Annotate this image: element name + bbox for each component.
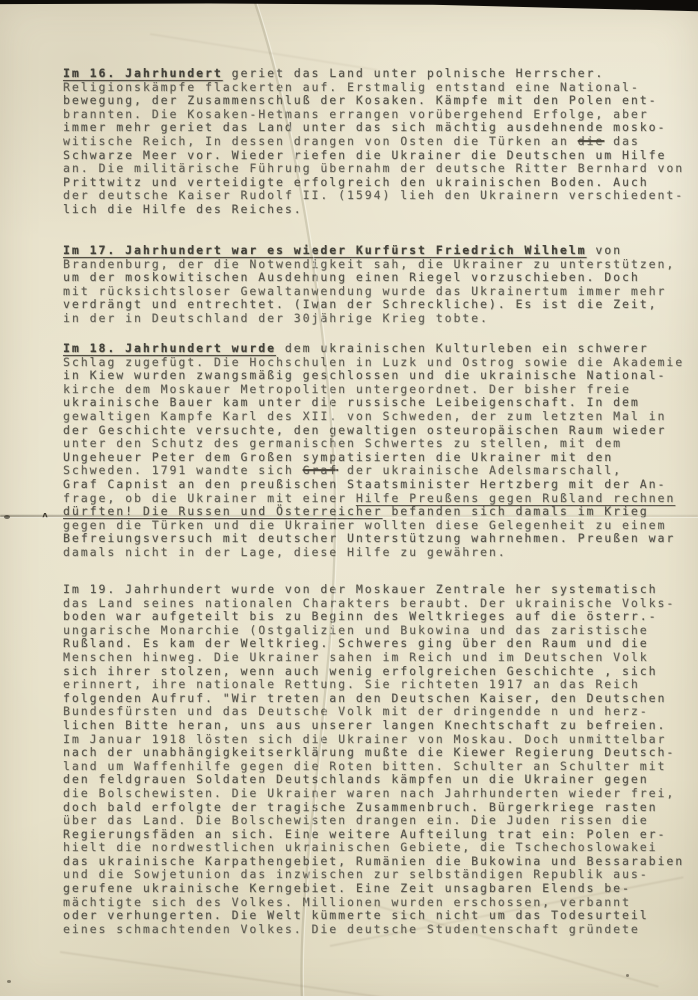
text-line: immer mehr geriet das Land unter das sic… <box>63 121 684 135</box>
text-line: oder verhungerten. Die Welt kümmerte sic… <box>63 909 684 923</box>
text-line: der deutsche Kaiser Rudolf II. (1594) li… <box>63 189 684 203</box>
text-line: bewegung, der Zusammenschluß der Kosaken… <box>63 94 684 108</box>
text-line: lich die Hilfe des Reiches. <box>63 203 684 217</box>
text-line: in der in Deutschland der 30jährige Krie… <box>63 312 675 326</box>
text-line: kirche dem Moskauer Metropoliten unterge… <box>63 383 684 397</box>
insertion-caret-mark: ʌ <box>42 511 48 520</box>
text-line: mächtigte sich des Volkes. Millionen wur… <box>63 896 684 910</box>
typewritten-text: Im 16. Jahrhundert geriet das Land unter… <box>0 3 698 997</box>
text-line: erinnert, ihre nationale Rettung. Sie ri… <box>63 678 684 692</box>
text-line: Graf Capnist an den preußischen Staatsmi… <box>63 478 684 492</box>
text-line: unter den Schutz des germanischen Schwer… <box>63 437 684 451</box>
scanned-document-photo: Im 16. Jahrhundert geriet das Land unter… <box>0 0 698 1000</box>
text-line: Brandenburg, der die Notwendigkeit sah, … <box>63 258 675 272</box>
text-line: Im Januar 1918 lösten sich die Ukrainer … <box>63 733 684 747</box>
text-line: Im 19. Jahrhundert wurde von der Moskaue… <box>63 583 684 597</box>
text-line: gegen die Türken und die Ukrainer wollte… <box>63 519 684 533</box>
text-line: Rußland. Es kam der Weltkrieg. Schweres … <box>63 637 684 651</box>
paragraph-im-17-jahrhundert: Im 17. Jahrhundert war es wieder Kurfürs… <box>63 244 675 326</box>
text-line: den feldgrauen Soldaten Deutschlands käm… <box>63 773 684 787</box>
photo-bottom-edge <box>0 996 698 1000</box>
text-line: Religionskämpfe flackerten auf. Erstmali… <box>63 81 684 95</box>
text-line: Schlag zugefügt. Die Hochschulen in Luzk… <box>63 356 684 370</box>
text-line: über das Land. Die Bolschewisten drangen… <box>63 814 684 828</box>
text-line: gerufene ukrainische Kerngebiet. Eine Ze… <box>63 882 684 896</box>
text-line: land um Waffenhilfe gegen die Roten bitt… <box>63 760 684 774</box>
text-line: Menschen hinweg. Die Ukrainer sahen im R… <box>63 651 684 665</box>
text-line: ukrainische Bauer kam unter die russisch… <box>63 396 684 410</box>
paper-sheet: Im 16. Jahrhundert geriet das Land unter… <box>0 3 698 997</box>
text-line: boden war aufgeteilt bis zu Beginn des W… <box>63 610 684 624</box>
text-line: Bundesfürsten und das Deutsche Volk mit … <box>63 705 684 719</box>
text-line: dürften! Die Russen und Österreicher bef… <box>63 505 684 519</box>
text-line: mit rücksichtsloser Gewaltanwendung wurd… <box>63 285 675 299</box>
text-line: an. Die militärische Führung übernahm de… <box>63 162 684 176</box>
text-line: die Bolschewisten. Die Ukrainer waren na… <box>63 787 684 801</box>
text-line: Schweden. 1791 wandte sich Graf der ukra… <box>63 464 684 478</box>
text-line: das Land seines nationalen Charakters be… <box>63 597 684 611</box>
text-line: Befreiungsversuch mit deutscher Unterstü… <box>63 532 684 546</box>
text-line: nach der unabhängigkeitserklärung mußte … <box>63 746 684 760</box>
text-line: verdrängt und entrechtet. (Iwan der Schr… <box>63 298 675 312</box>
text-line: Im 17. Jahrhundert war es wieder Kurfürs… <box>63 244 675 258</box>
paragraph-im-16-jahrhundert: Im 16. Jahrhundert geriet das Land unter… <box>63 67 684 217</box>
text-line: frage, ob die Ukrainer mit einer Hilfe P… <box>63 492 684 506</box>
text-line: brannten. Die Kosaken-Hetmans errangen v… <box>63 108 684 122</box>
text-line: lichen Bitte heran, uns aus unserer lang… <box>63 719 684 733</box>
text-line: gewaltigen Kampfe Karl des XII. von Schw… <box>63 410 684 424</box>
text-line: und die Sowjetunion das inzwischen zur s… <box>63 868 684 882</box>
paragraph-im-19-jahrhundert: Im 19. Jahrhundert wurde von der Moskaue… <box>63 583 684 936</box>
text-line: ungarische Monarchie (Ostgalizien und Bu… <box>63 624 684 638</box>
paragraph-im-18-jahrhundert: Im 18. Jahrhundert wurde dem ukrainische… <box>63 342 684 560</box>
text-line: Im 16. Jahrhundert geriet das Land unter… <box>63 67 684 81</box>
text-line: hielt die nordwestlichen ukrainischen Ge… <box>63 841 684 855</box>
text-line: eines schmachtenden Volkes. Die deutsche… <box>63 923 684 937</box>
text-line: Im 18. Jahrhundert wurde dem ukrainische… <box>63 342 684 356</box>
text-line: um der moskowitischen Ausdehnung einen R… <box>63 271 675 285</box>
text-line: in Kiew wurden zwangsmäßig geschlossen u… <box>63 369 684 383</box>
text-line: witische Reich, In dessen drangen von Os… <box>63 135 684 149</box>
text-line: damals nicht in der Lage, diese Hilfe zu… <box>63 546 684 560</box>
